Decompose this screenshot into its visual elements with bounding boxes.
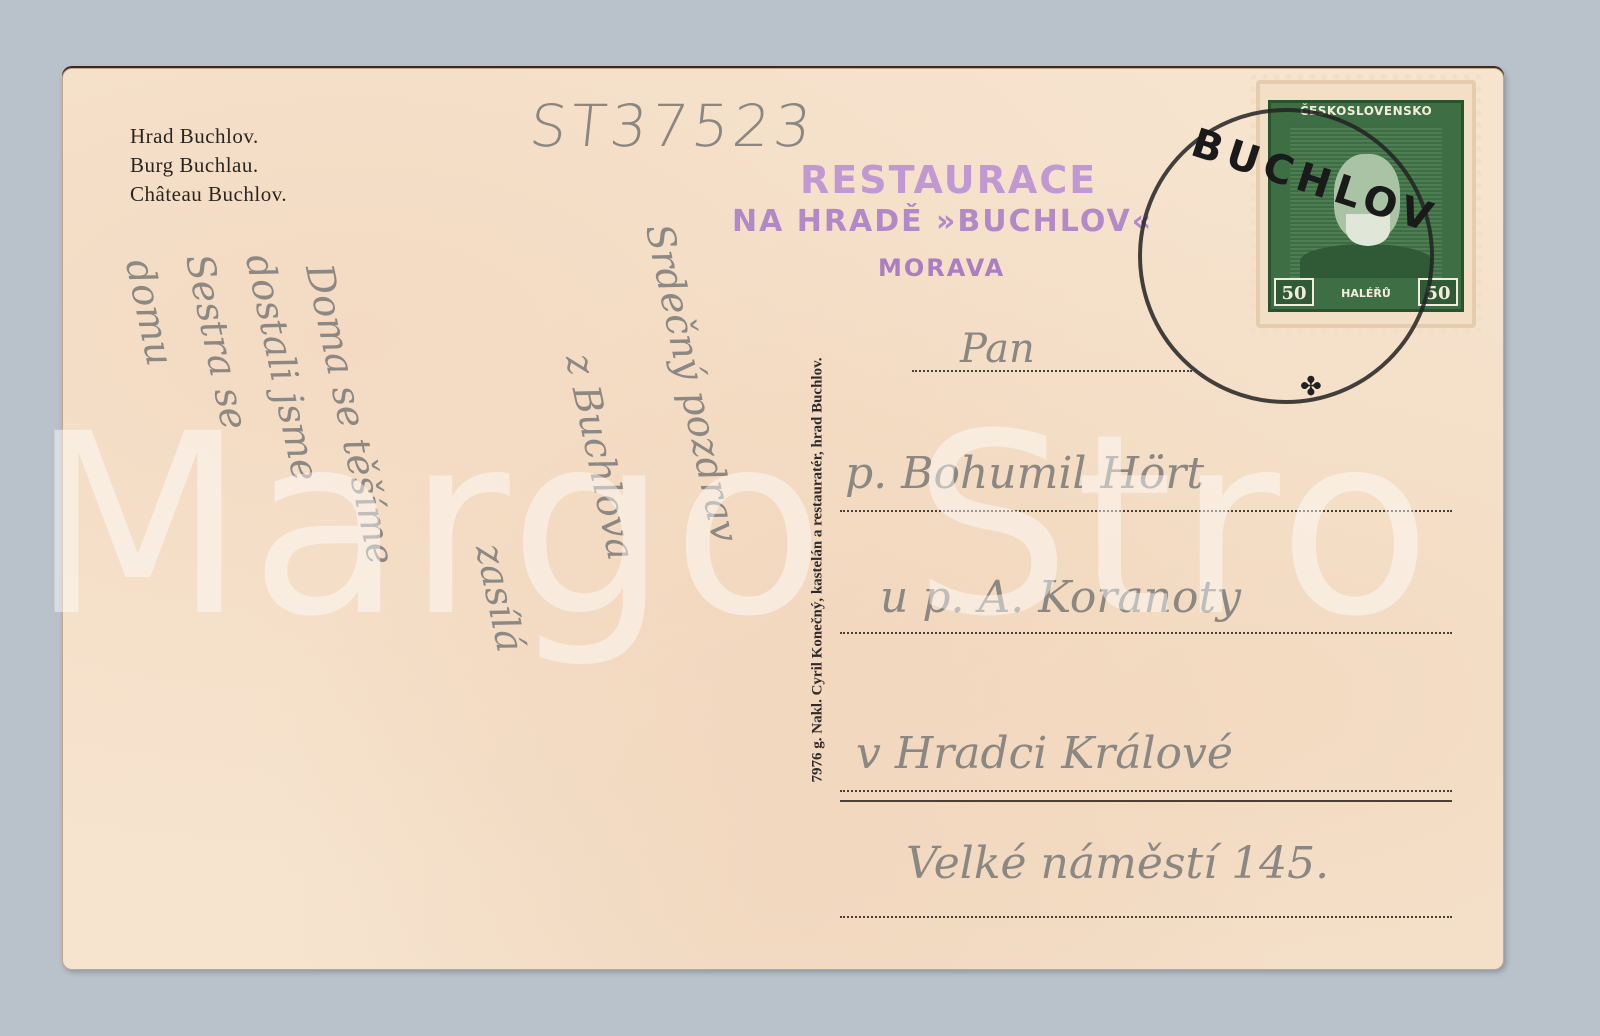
address-salutation: Pan: [960, 326, 1035, 372]
address-line-4: [840, 790, 1452, 792]
address-street: Velké náměstí 145.: [906, 838, 1329, 889]
address-line-3: [840, 632, 1452, 634]
pencil-reference-number: ST37523: [526, 92, 818, 160]
cachet-line-2: NA HRADĚ »BUCHLOV«: [732, 204, 1153, 239]
caption-german: Burg Buchlau.: [130, 151, 287, 180]
postmark-cross-icon: ✤: [1300, 372, 1322, 402]
address-city: v Hradci Králové: [856, 728, 1233, 779]
address-line-1: [912, 370, 1192, 372]
printed-caption: Hrad Buchlov. Burg Buchlau. Château Buch…: [130, 122, 287, 209]
address-line-5: [840, 916, 1452, 918]
address-care-of: u p. A. Koranoty: [880, 572, 1241, 623]
publisher-imprint: 7976 g. Nakl. Cyril Konečný, kastelán a …: [806, 210, 830, 930]
caption-french: Château Buchlov.: [130, 180, 287, 209]
cachet-line-1: RESTAURACE: [800, 158, 1097, 202]
cachet-line-3: MORAVA: [878, 254, 1005, 282]
caption-czech: Hrad Buchlov.: [130, 122, 287, 151]
publisher-text: 7976 g. Nakl. Cyril Konečný, kastelán a …: [810, 357, 827, 782]
address-underline: [840, 800, 1452, 802]
address-line-2: [840, 510, 1452, 512]
address-name: p. Bohumil Hört: [845, 448, 1204, 499]
